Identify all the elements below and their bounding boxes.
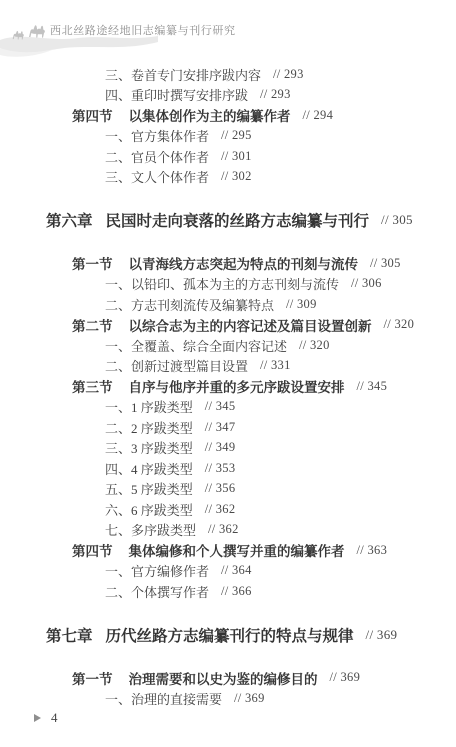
toc-entry-number: 第一节 [72, 668, 113, 688]
toc-entry-title: 历代丝路方志编纂刊行的特点与规律 [106, 624, 354, 646]
toc-entry-title: 集体编修和个人撰写并重的编纂作者 [129, 540, 345, 560]
toc-entry-title: 治理需要和以史为鉴的编修目的 [129, 668, 318, 688]
toc-entry-item: 四、4 序跋类型// 353 [0, 458, 456, 479]
toc-entry-title: 一、1 序跋类型 [105, 397, 193, 416]
toc-entry-number: 第七章 [46, 624, 93, 646]
toc-entry-title: 自序与他序并重的多元序跋设置安排 [129, 376, 345, 396]
toc-entry-page: // 369 [366, 627, 398, 643]
toc-entry-page: // 331 [260, 358, 291, 373]
toc-entry-item: 二、2 序跋类型// 347 [0, 417, 456, 438]
toc-entry-item: 三、文人个体作者// 302 [0, 167, 456, 188]
page-footer: 4 [34, 710, 58, 726]
toc-entry-title: 民国时走向衰落的丝路方志编纂与刊行 [106, 209, 370, 231]
toc-entry-section: 第一节治理需要和以史为鉴的编修目的// 369 [0, 668, 456, 689]
toc-entry-item: 三、卷首专门安排序跋内容// 293 [0, 64, 456, 85]
toc-entry-number: 第四节 [72, 105, 113, 125]
toc-entry-section: 第四节集体编修和个人撰写并重的编纂作者// 363 [0, 540, 456, 561]
toc-entry-title: 一、官方集体作者 [105, 126, 209, 145]
toc-entry-item: 二、官员个体作者// 301 [0, 146, 456, 167]
toc-entry-page: // 302 [221, 169, 252, 184]
toc-entry-number: 第一节 [72, 253, 113, 273]
toc-entry-number: 第三节 [72, 376, 113, 396]
toc-entry-item: 二、创新过渡型篇目设置// 331 [0, 356, 456, 377]
toc-entry-item: 一、官方集体作者// 295 [0, 126, 456, 147]
toc-entry-title: 一、治理的直接需要 [105, 689, 222, 708]
toc-entry-page: // 349 [205, 440, 236, 455]
toc-entry-item: 七、多序跋类型// 362 [0, 520, 456, 541]
toc-entry-page: // 305 [370, 256, 401, 271]
toc-entry-chapter: 第六章民国时走向衰落的丝路方志编纂与刊行// 305 [0, 207, 456, 233]
toc-entry-page: // 293 [260, 87, 291, 102]
toc-entry-page: // 356 [205, 481, 236, 496]
toc-entry-item: 二、个体撰写作者// 366 [0, 581, 456, 602]
toc-entry-item: 六、6 序跋类型// 362 [0, 499, 456, 520]
toc-entry-section: 第四节以集体创作为主的编纂作者// 294 [0, 105, 456, 126]
toc-entry-title: 以青海线方志突起为特点的刊刻与流传 [129, 253, 359, 273]
toc-entry-item: 一、以铅印、孤本为主的方志刊刻与流传// 306 [0, 274, 456, 295]
toc-entry-title: 六、6 序跋类型 [105, 500, 193, 519]
toc-entry-page: // 369 [234, 691, 265, 706]
toc-entry-title: 一、以铅印、孤本为主的方志刊刻与流传 [105, 274, 339, 293]
toc-entry-section: 第一节以青海线方志突起为特点的刊刻与流传// 305 [0, 253, 456, 274]
folio-triangle-icon [34, 714, 41, 722]
toc-entry-title: 三、卷首专门安排序跋内容 [105, 65, 261, 84]
toc-entry-page: // 353 [205, 461, 236, 476]
toc-entry-chapter: 第七章历代丝路方志编纂刊行的特点与规律// 369 [0, 622, 456, 648]
toc-entry-page: // 345 [357, 379, 388, 394]
toc-entry-page: // 301 [221, 149, 252, 164]
toc-entry-item: 五、5 序跋类型// 356 [0, 479, 456, 500]
toc-entry-page: // 362 [208, 522, 239, 537]
toc-entry-title: 四、重印时撰写安排序跋 [105, 85, 248, 104]
toc-entry-title: 五、5 序跋类型 [105, 479, 193, 498]
toc-entry-page: // 320 [299, 338, 330, 353]
toc-entry-title: 一、官方编修作者 [105, 561, 209, 580]
toc-entry-item: 一、治理的直接需要// 369 [0, 688, 456, 709]
toc-entry-page: // 364 [221, 563, 252, 578]
toc-entry-page: // 294 [303, 108, 334, 123]
toc-entry-title: 以综合志为主的内容记述及篇目设置创新 [129, 315, 372, 335]
toc-entry-section: 第三节自序与他序并重的多元序跋设置安排// 345 [0, 376, 456, 397]
toc-entry-number: 第四节 [72, 540, 113, 560]
toc-entry-page: // 347 [205, 420, 236, 435]
book-toc-page: 西北丝路途经地旧志编纂与刊行研究 三、卷首专门安排序跋内容// 293四、重印时… [0, 0, 456, 747]
toc-entry-page: // 320 [384, 317, 415, 332]
toc-entry-item: 一、官方编修作者// 364 [0, 561, 456, 582]
toc-entry-title: 二、方志刊刻流传及编纂特点 [105, 295, 274, 314]
toc-entry-page: // 295 [221, 128, 252, 143]
toc-entry-item: 一、全覆盖、综合全面内容记述// 320 [0, 335, 456, 356]
folio-page-number: 4 [51, 710, 58, 726]
toc-entry-title: 以集体创作为主的编纂作者 [129, 105, 291, 125]
toc-entry-page: // 306 [351, 276, 382, 291]
toc-entry-title: 一、全覆盖、综合全面内容记述 [105, 336, 287, 355]
toc-entry-title: 七、多序跋类型 [105, 520, 196, 539]
toc-entry-section: 第二节以综合志为主的内容记述及篇目设置创新// 320 [0, 315, 456, 336]
toc-entry-page: // 363 [357, 543, 388, 558]
toc-entry-number: 第六章 [46, 209, 93, 231]
toc-list: 三、卷首专门安排序跋内容// 293四、重印时撰写安排序跋// 293第四节以集… [0, 0, 456, 709]
toc-entry-page: // 293 [273, 67, 304, 82]
toc-entry-item: 一、1 序跋类型// 345 [0, 397, 456, 418]
toc-entry-page: // 305 [381, 212, 413, 228]
toc-entry-page: // 362 [205, 502, 236, 517]
toc-entry-item: 四、重印时撰写安排序跋// 293 [0, 85, 456, 106]
toc-entry-title: 三、3 序跋类型 [105, 438, 193, 457]
toc-entry-page: // 369 [330, 670, 361, 685]
toc-entry-title: 二、2 序跋类型 [105, 418, 193, 437]
toc-entry-item: 二、方志刊刻流传及编纂特点// 309 [0, 294, 456, 315]
toc-entry-page: // 309 [286, 297, 317, 312]
toc-entry-page: // 366 [221, 584, 252, 599]
toc-entry-number: 第二节 [72, 315, 113, 335]
toc-entry-title: 二、创新过渡型篇目设置 [105, 356, 248, 375]
toc-entry-page: // 345 [205, 399, 236, 414]
toc-entry-title: 三、文人个体作者 [105, 167, 209, 186]
toc-entry-title: 二、官员个体作者 [105, 147, 209, 166]
toc-entry-title: 二、个体撰写作者 [105, 582, 209, 601]
toc-entry-title: 四、4 序跋类型 [105, 459, 193, 478]
toc-entry-item: 三、3 序跋类型// 349 [0, 438, 456, 459]
